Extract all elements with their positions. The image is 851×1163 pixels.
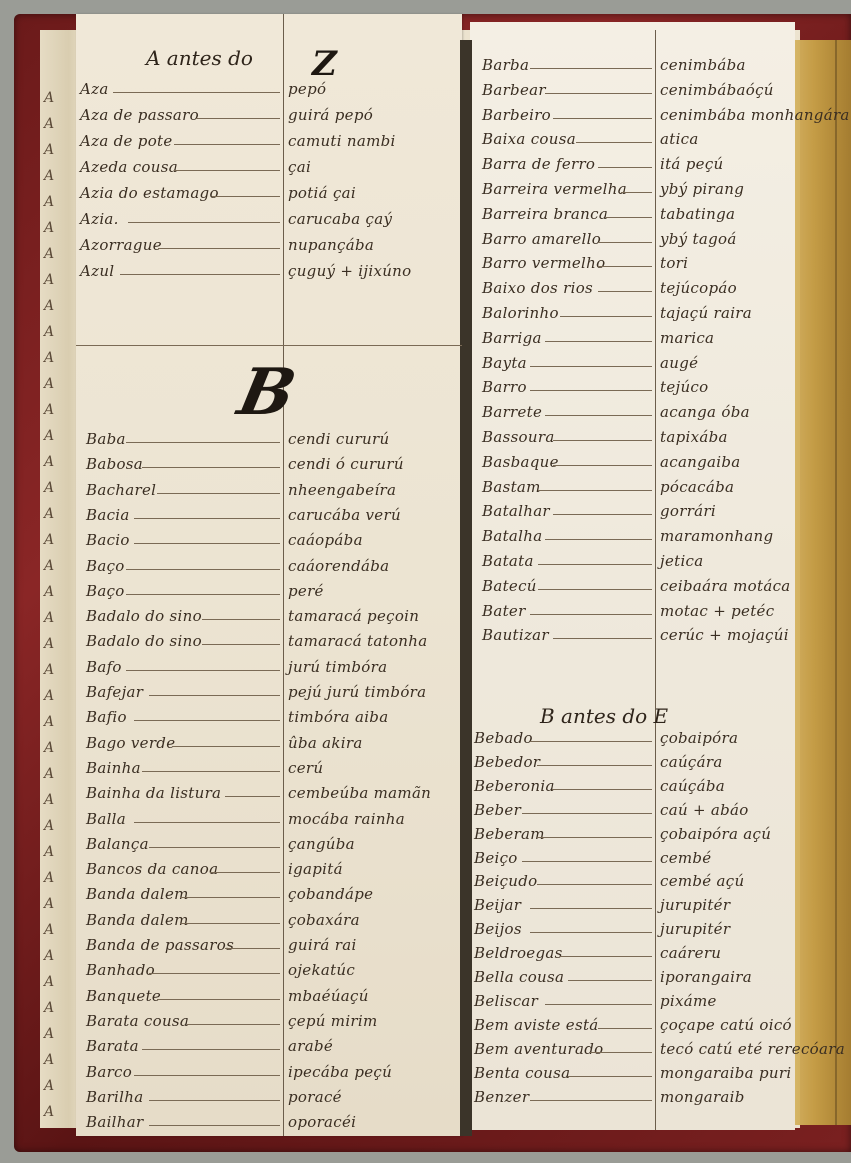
portuguese-term: Bem aviste está	[474, 1016, 599, 1034]
portuguese-term: Barro vermelho	[482, 254, 605, 272]
portuguese-term: Beiçudo	[474, 872, 538, 890]
margin-stub-letter: A	[44, 844, 54, 860]
tupi-translation: iporangaira	[660, 968, 752, 986]
portuguese-term: Bago verde	[86, 734, 175, 752]
portuguese-term: Aza de passaro	[80, 106, 199, 124]
leader-line	[202, 619, 280, 620]
leader-line	[126, 594, 280, 595]
tupi-translation: cerú	[288, 759, 323, 777]
portuguese-term: Bem aventurado	[474, 1040, 603, 1058]
tupi-translation: çobandápe	[288, 885, 373, 903]
tupi-translation: carucába verú	[288, 506, 401, 524]
portuguese-term: Azia.	[80, 210, 119, 228]
margin-stub-letter: A	[44, 948, 54, 964]
portuguese-term: Bainha	[86, 759, 141, 777]
tupi-translation: çobaxára	[288, 911, 360, 929]
stain-fold-line	[835, 40, 837, 1125]
margin-stub-letter: A	[44, 636, 54, 652]
leader-line	[522, 861, 652, 862]
tupi-translation: ybý tagoá	[660, 230, 737, 248]
leader-line	[576, 142, 652, 143]
leader-line	[545, 539, 652, 540]
leader-line	[553, 638, 652, 639]
portuguese-term: Bafio	[86, 708, 127, 726]
tupi-translation: timbóra aiba	[288, 708, 388, 726]
portuguese-term: Bella cousa	[474, 968, 564, 986]
leader-line	[174, 170, 280, 171]
portuguese-term: Bebado	[474, 729, 533, 747]
tupi-translation: tapixába	[660, 428, 728, 446]
leader-line	[142, 467, 280, 468]
tupi-translation: tamaracá peçoin	[288, 607, 419, 625]
portuguese-term: Batecú	[482, 577, 537, 595]
portuguese-term: Barra de ferro	[482, 155, 595, 173]
portuguese-term: Bastam	[482, 478, 541, 496]
leader-line	[142, 1049, 280, 1050]
leader-line	[530, 68, 652, 69]
margin-stub-letter: A	[44, 272, 54, 288]
margin-stub-letter: A	[44, 142, 54, 158]
tupi-translation: çepú mirim	[288, 1012, 378, 1030]
margin-stub-letter: A	[44, 1052, 54, 1068]
portuguese-term: Azia do estamago	[80, 184, 219, 202]
leader-line	[126, 670, 280, 671]
tupi-translation: motac + petéc	[660, 602, 774, 620]
leader-line	[128, 222, 280, 223]
tupi-translation: tamaracá tatonha	[288, 632, 427, 650]
portuguese-term: Balança	[86, 835, 149, 853]
leader-line	[134, 822, 280, 823]
leader-line	[134, 543, 280, 544]
tupi-translation: tajaçú raira	[660, 304, 752, 322]
portuguese-term: Bacia	[86, 506, 130, 524]
tupi-translation: cenimbába monhangára	[660, 106, 850, 124]
portuguese-term: Barriga	[482, 329, 542, 347]
portuguese-term: Bater	[482, 602, 526, 620]
portuguese-term: Barata cousa	[86, 1012, 189, 1030]
leader-line	[560, 316, 652, 317]
tupi-translation: augé	[660, 354, 698, 372]
gutter	[460, 40, 472, 1136]
tupi-translation: pócacába	[660, 478, 734, 496]
leader-line	[530, 366, 652, 367]
leader-line	[598, 1028, 652, 1029]
tupi-translation: cembé	[660, 849, 711, 867]
leader-line	[598, 291, 652, 292]
portuguese-term: Batalha	[482, 527, 542, 545]
tupi-translation: cerúc + mojaçúi	[660, 626, 789, 644]
margin-stub-letter: A	[44, 298, 54, 314]
margin-stub-letter: A	[44, 246, 54, 262]
tupi-translation: pejú jurú timbóra	[288, 683, 426, 701]
leader-line	[537, 837, 652, 838]
tupi-translation: acangaiba	[660, 453, 741, 471]
portuguese-term: Balla	[86, 810, 126, 828]
margin-stub-letter: A	[44, 558, 54, 574]
portuguese-term: Beldroegas	[474, 944, 563, 962]
leader-line	[120, 274, 280, 275]
margin-stub-letter: A	[44, 90, 54, 106]
leader-line	[568, 980, 652, 981]
water-stain-edge	[789, 40, 851, 1125]
leader-line	[560, 956, 652, 957]
leader-line	[149, 695, 280, 696]
tupi-translation: çai	[288, 158, 311, 176]
portuguese-term: Aza de pote	[80, 132, 173, 150]
leader-line	[212, 196, 280, 197]
portuguese-term: Baço	[86, 582, 125, 600]
portuguese-term: Bancos da canoa	[86, 860, 218, 878]
portuguese-term: Bacharel	[86, 481, 156, 499]
tupi-translation: tejúcopáo	[660, 279, 737, 297]
portuguese-term: Babosa	[86, 455, 143, 473]
portuguese-term: Barbeiro	[482, 106, 551, 124]
portuguese-term: Beber	[474, 801, 521, 819]
leader-line	[552, 789, 652, 790]
leader-line	[530, 932, 652, 933]
section-a-letter: Z	[312, 44, 337, 84]
portuguese-term: Badalo do sino	[86, 632, 202, 650]
tupi-translation: jurú timbóra	[288, 658, 387, 676]
section-a-heading: A antes do	[146, 46, 253, 70]
leader-line	[530, 908, 652, 909]
leader-line	[522, 813, 652, 814]
tupi-translation: gorrári	[660, 502, 716, 520]
leader-line	[225, 796, 280, 797]
leader-line	[568, 1076, 652, 1077]
section-divider	[76, 345, 462, 346]
tupi-translation: marica	[660, 329, 714, 347]
leader-line	[538, 589, 652, 590]
margin-stub-letter: A	[44, 168, 54, 184]
leader-line	[134, 1075, 280, 1076]
tupi-translation: mongaraib	[660, 1088, 745, 1106]
portuguese-term: Bebedor	[474, 753, 540, 771]
tupi-translation: camuti nambi	[288, 132, 396, 150]
margin-stub-letter: A	[44, 792, 54, 808]
portuguese-term: Bafejar	[86, 683, 143, 701]
portuguese-term: Barrete	[482, 403, 542, 421]
margin-stub-letter: A	[44, 1026, 54, 1042]
margin-stub-letter: A	[44, 974, 54, 990]
portuguese-term: Barro amarello	[482, 230, 601, 248]
leader-line	[157, 999, 280, 1000]
portuguese-term: Beliscar	[474, 992, 538, 1010]
portuguese-term: Barata	[86, 1037, 139, 1055]
margin-stub-letter: A	[44, 428, 54, 444]
portuguese-term: Azeda cousa	[80, 158, 178, 176]
tupi-translation: nupançába	[288, 236, 374, 254]
portuguese-term: Banhado	[86, 961, 155, 979]
tupi-translation: arabé	[288, 1037, 333, 1055]
margin-stub-letter: A	[44, 220, 54, 236]
margin-stub-letter: A	[44, 376, 54, 392]
portuguese-term: Beijos	[474, 920, 522, 938]
right-column-rule	[655, 30, 656, 1130]
tupi-translation: guirá pepó	[288, 106, 373, 124]
leader-line	[158, 248, 280, 249]
portuguese-term: Basbaque	[482, 453, 559, 471]
portuguese-term: Bautizar	[482, 626, 549, 644]
leader-line	[134, 518, 280, 519]
tupi-translation: atica	[660, 130, 699, 148]
portuguese-term: Banquete	[86, 987, 161, 1005]
margin-stub-letter: A	[44, 766, 54, 782]
tupi-translation: peré	[288, 582, 324, 600]
tupi-translation: mongaraiba puri	[660, 1064, 791, 1082]
margin-stub-letter: A	[44, 350, 54, 366]
leader-line	[545, 1004, 652, 1005]
tupi-translation: igapitá	[288, 860, 343, 878]
margin-stub-letter: A	[44, 922, 54, 938]
leader-line	[538, 490, 652, 491]
leader-line	[225, 948, 280, 949]
tupi-translation: caúçára	[660, 753, 723, 771]
tupi-translation: cendi cururú	[288, 430, 389, 448]
leader-line	[537, 884, 652, 885]
tupi-translation: çobaipóra	[660, 729, 738, 747]
portuguese-term: Banda dalem	[86, 911, 189, 929]
tupi-translation: jetica	[660, 552, 704, 570]
leader-line	[126, 569, 280, 570]
tupi-translation: itá peçú	[660, 155, 723, 173]
margin-stub-letter: A	[44, 324, 54, 340]
portuguese-term: Balorinho	[482, 304, 559, 322]
portuguese-term: Barreira branca	[482, 205, 608, 223]
leader-line	[553, 440, 652, 441]
tupi-translation: tabatinga	[660, 205, 735, 223]
portuguese-term: Bassoura	[482, 428, 555, 446]
margin-stub-letter: A	[44, 662, 54, 678]
tupi-translation: çoçape catú oicó	[660, 1016, 792, 1034]
leader-line	[545, 341, 652, 342]
portuguese-term: Banda dalem	[86, 885, 189, 903]
leader-line	[530, 1100, 652, 1101]
tupi-translation: ipecába peçú	[288, 1063, 392, 1081]
leader-line	[157, 493, 280, 494]
tupi-translation: tejúco	[660, 378, 708, 396]
leader-line	[202, 644, 280, 645]
tupi-translation: çangúba	[288, 835, 355, 853]
portuguese-term: Beberam	[474, 825, 545, 843]
tupi-translation: çuguý + ijixúno	[288, 262, 411, 280]
leader-line	[538, 564, 652, 565]
portuguese-term: Batata	[482, 552, 534, 570]
portuguese-term: Bailhar	[86, 1113, 143, 1131]
leader-line	[530, 390, 652, 391]
tupi-translation: mbaéúaçú	[288, 987, 369, 1005]
margin-stub-letter: A	[44, 688, 54, 704]
portuguese-term: Barco	[86, 1063, 132, 1081]
leader-line	[553, 514, 652, 515]
tupi-translation: nheengabeíra	[288, 481, 396, 499]
leader-line	[598, 242, 652, 243]
tupi-translation: caáorendába	[288, 557, 389, 575]
portuguese-term: Beijar	[474, 896, 521, 914]
leader-line	[196, 118, 280, 119]
tupi-translation: maramonhang	[660, 527, 773, 545]
portuguese-term: Barilha	[86, 1088, 143, 1106]
margin-stub-letter: A	[44, 1000, 54, 1016]
leader-line	[134, 720, 280, 721]
margin-stub-letter: A	[44, 714, 54, 730]
leader-line	[187, 1024, 280, 1025]
leader-line	[553, 118, 652, 119]
portuguese-term: Aza	[80, 80, 109, 98]
margin-stub-letter: A	[44, 506, 54, 522]
leader-line	[606, 217, 652, 218]
leader-line	[210, 872, 280, 873]
portuguese-term: Bacio	[86, 531, 130, 549]
margin-stub-letter: A	[44, 584, 54, 600]
margin-stub-letter: A	[44, 454, 54, 470]
portuguese-term: Barbear	[482, 81, 546, 99]
portuguese-term: Azul	[80, 262, 114, 280]
portuguese-term: Bafo	[86, 658, 122, 676]
leader-line	[530, 614, 652, 615]
tupi-translation: tori	[660, 254, 688, 272]
section-be-heading: B antes do E	[540, 704, 668, 728]
tupi-translation: jurupitér	[660, 896, 730, 914]
portuguese-term: Baixa cousa	[482, 130, 576, 148]
tupi-translation: caú + abáo	[660, 801, 749, 819]
portuguese-term: Azorrague	[80, 236, 162, 254]
leader-line	[553, 465, 652, 466]
portuguese-term: Bainha da listura	[86, 784, 221, 802]
left-column-rule	[283, 14, 284, 1136]
margin-stub-letter: A	[44, 1104, 54, 1120]
leader-line	[113, 92, 280, 93]
portuguese-term: Barro	[482, 378, 527, 396]
portuguese-term: Batalhar	[482, 502, 550, 520]
leader-line	[149, 1125, 280, 1126]
tupi-translation: cembeúba mamãn	[288, 784, 431, 802]
leader-line	[530, 741, 652, 742]
margin-stub-letter: A	[44, 610, 54, 626]
tupi-translation: ûba akira	[288, 734, 363, 752]
tupi-translation: ojekatúc	[288, 961, 355, 979]
margin-stub-letter: A	[44, 532, 54, 548]
portuguese-term: Benzer	[474, 1088, 529, 1106]
portuguese-term: Baço	[86, 557, 125, 575]
margin-stub-letter: A	[44, 1078, 54, 1094]
margin-stub-letter: A	[44, 896, 54, 912]
leader-line	[621, 192, 652, 193]
tupi-translation: jurupitér	[660, 920, 730, 938]
leader-line	[149, 1100, 280, 1101]
tupi-translation: cendi ó cururú	[288, 455, 404, 473]
tupi-translation: guirá rai	[288, 936, 357, 954]
margin-stub-letter: A	[44, 480, 54, 496]
tupi-translation: caáreru	[660, 944, 721, 962]
portuguese-term: Barreira vermelha	[482, 180, 627, 198]
leader-line	[537, 765, 652, 766]
margin-stub-letter: A	[44, 402, 54, 418]
tupi-translation: cenimbába	[660, 56, 746, 74]
tupi-translation: oporacéi	[288, 1113, 356, 1131]
portuguese-term: Beiço	[474, 849, 518, 867]
tupi-translation: poracé	[288, 1088, 342, 1106]
tupi-translation: ceibaára motáca	[660, 577, 791, 595]
leader-line	[149, 973, 280, 974]
leader-line	[180, 923, 280, 924]
margin-stub-letter: A	[44, 194, 54, 210]
tupi-translation: mocába rainha	[288, 810, 405, 828]
tupi-translation: caúçába	[660, 777, 725, 795]
tupi-translation: cembé açú	[660, 872, 744, 890]
tupi-translation: potiá çai	[288, 184, 356, 202]
leader-line	[590, 1052, 652, 1053]
margin-stub-letter: A	[44, 818, 54, 834]
portuguese-term: Banda de passaros	[86, 936, 234, 954]
leader-line	[174, 144, 280, 145]
tupi-translation: ybý pirang	[660, 180, 744, 198]
portuguese-term: Baixo dos rios	[482, 279, 593, 297]
leader-line	[172, 746, 280, 747]
leader-line	[598, 167, 652, 168]
leader-line	[126, 442, 280, 443]
tupi-translation: pixáme	[660, 992, 717, 1010]
leader-line	[180, 897, 280, 898]
margin-stub-letter: A	[44, 116, 54, 132]
leader-line	[149, 847, 280, 848]
margin-stub-letter: A	[44, 740, 54, 756]
tupi-translation: pepó	[288, 80, 326, 98]
tupi-translation: çobaipóra açú	[660, 825, 771, 843]
portuguese-term: Bayta	[482, 354, 527, 372]
leader-line	[142, 771, 280, 772]
portuguese-term: Badalo do sino	[86, 607, 202, 625]
margin-stub-letter: A	[44, 870, 54, 886]
tupi-translation: cenimbábaóçú	[660, 81, 774, 99]
portuguese-term: Baba	[86, 430, 126, 448]
leader-line	[545, 93, 652, 94]
tupi-translation: carucaba çaý	[288, 210, 392, 228]
leader-line	[598, 266, 652, 267]
tupi-translation: acanga óba	[660, 403, 750, 421]
tupi-translation: tecó catú eté rerecóara	[660, 1040, 845, 1058]
tupi-translation: caáopába	[288, 531, 363, 549]
portuguese-term: Beberonia	[474, 777, 555, 795]
portuguese-term: Benta cousa	[474, 1064, 570, 1082]
leader-line	[545, 415, 652, 416]
portuguese-term: Barba	[482, 56, 529, 74]
